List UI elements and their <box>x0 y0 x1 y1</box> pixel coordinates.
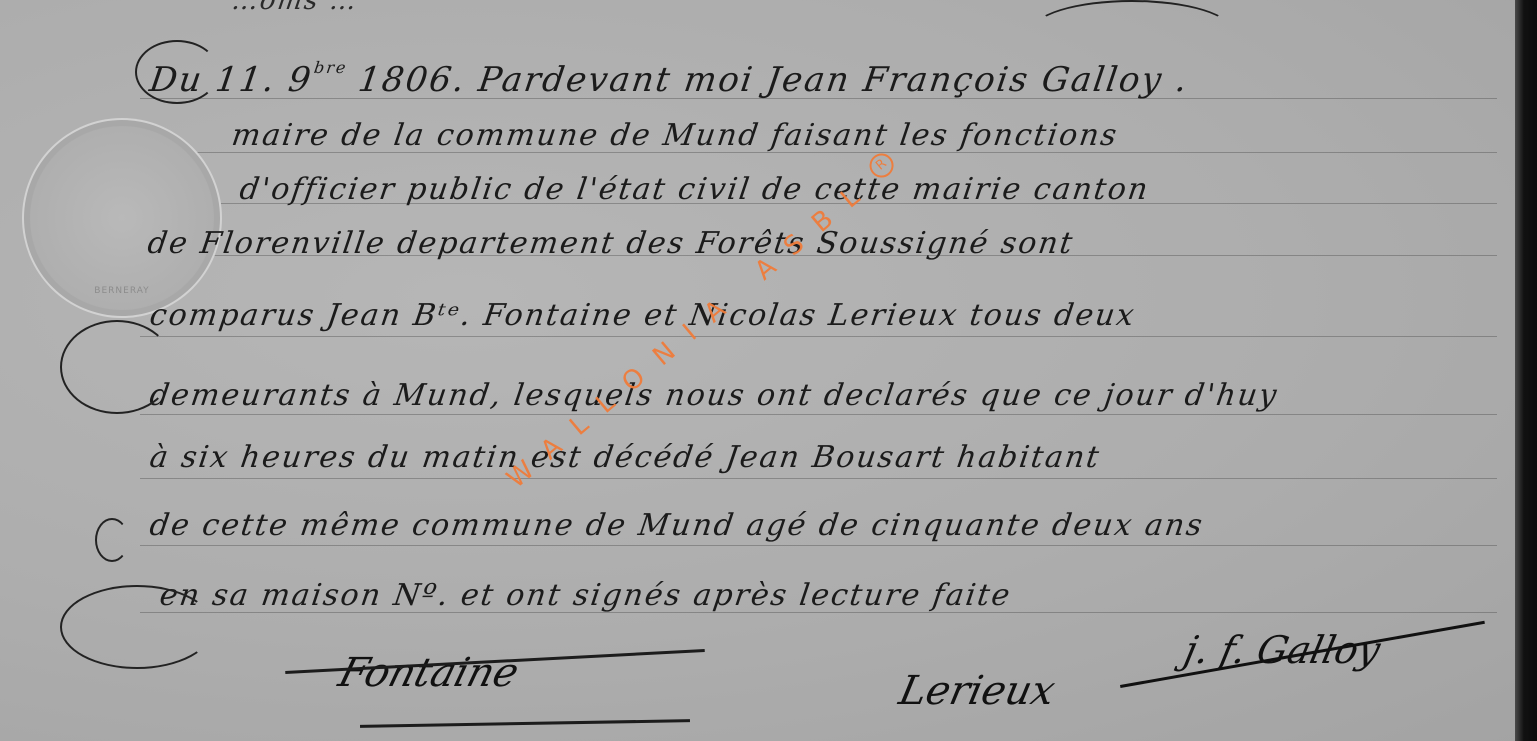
text-line-1: Du 11. 9bre 1806. Pardevant moi Jean Fra… <box>147 58 1192 100</box>
registered-trademark-icon: R <box>865 148 899 182</box>
month-superscript: bre <box>313 58 349 77</box>
signature-lerieux: Lerieux <box>895 668 1059 714</box>
margin-flourish <box>60 585 214 669</box>
text-line-4: de Florenville departement des Forêts So… <box>146 226 1077 261</box>
text-line-5: comparus Jean Bᵗᵉ. Fontaine et Nicolas L… <box>148 298 1138 333</box>
margin-flourish <box>60 320 174 414</box>
margin-flourish <box>95 518 129 562</box>
text-line-2: maire de la commune de Mund faisant les … <box>230 118 1121 153</box>
signature-fontaine: Fontaine <box>334 650 524 696</box>
ruled-line <box>140 478 1497 479</box>
text-line-8: de cette même commune de Mund agé de cin… <box>148 508 1207 543</box>
document-page: BERNERAY …oms … Du 11. 9bre 1806. Pardev… <box>0 0 1537 741</box>
line-1-rest: 1806. Pardevant moi Jean François Galloy… <box>343 60 1191 100</box>
text-line-3: d'officier public de l'état civil de cet… <box>238 172 1152 207</box>
ruled-line <box>140 414 1497 415</box>
text-line-top-fragment: …oms … <box>230 0 360 16</box>
signature-galloy: j. f. Galloy <box>1180 628 1384 672</box>
text-line-7: à six heures du matin est décédé Jean Bo… <box>148 440 1103 475</box>
text-line-6: demeurants à Mund, lesquels nous ont dec… <box>148 378 1281 413</box>
ruled-line <box>140 336 1497 337</box>
capital-d-flourish <box>135 40 219 104</box>
ascender-flourish <box>1030 0 1234 64</box>
signature-underline <box>360 719 690 728</box>
page-binding-edge <box>1515 0 1537 741</box>
seal-label: BERNERAY <box>24 286 220 296</box>
ruled-line <box>140 545 1497 546</box>
text-line-9: en sa maison Nº. et ont signés après lec… <box>158 578 1014 613</box>
embossed-seal: BERNERAY <box>22 118 222 318</box>
